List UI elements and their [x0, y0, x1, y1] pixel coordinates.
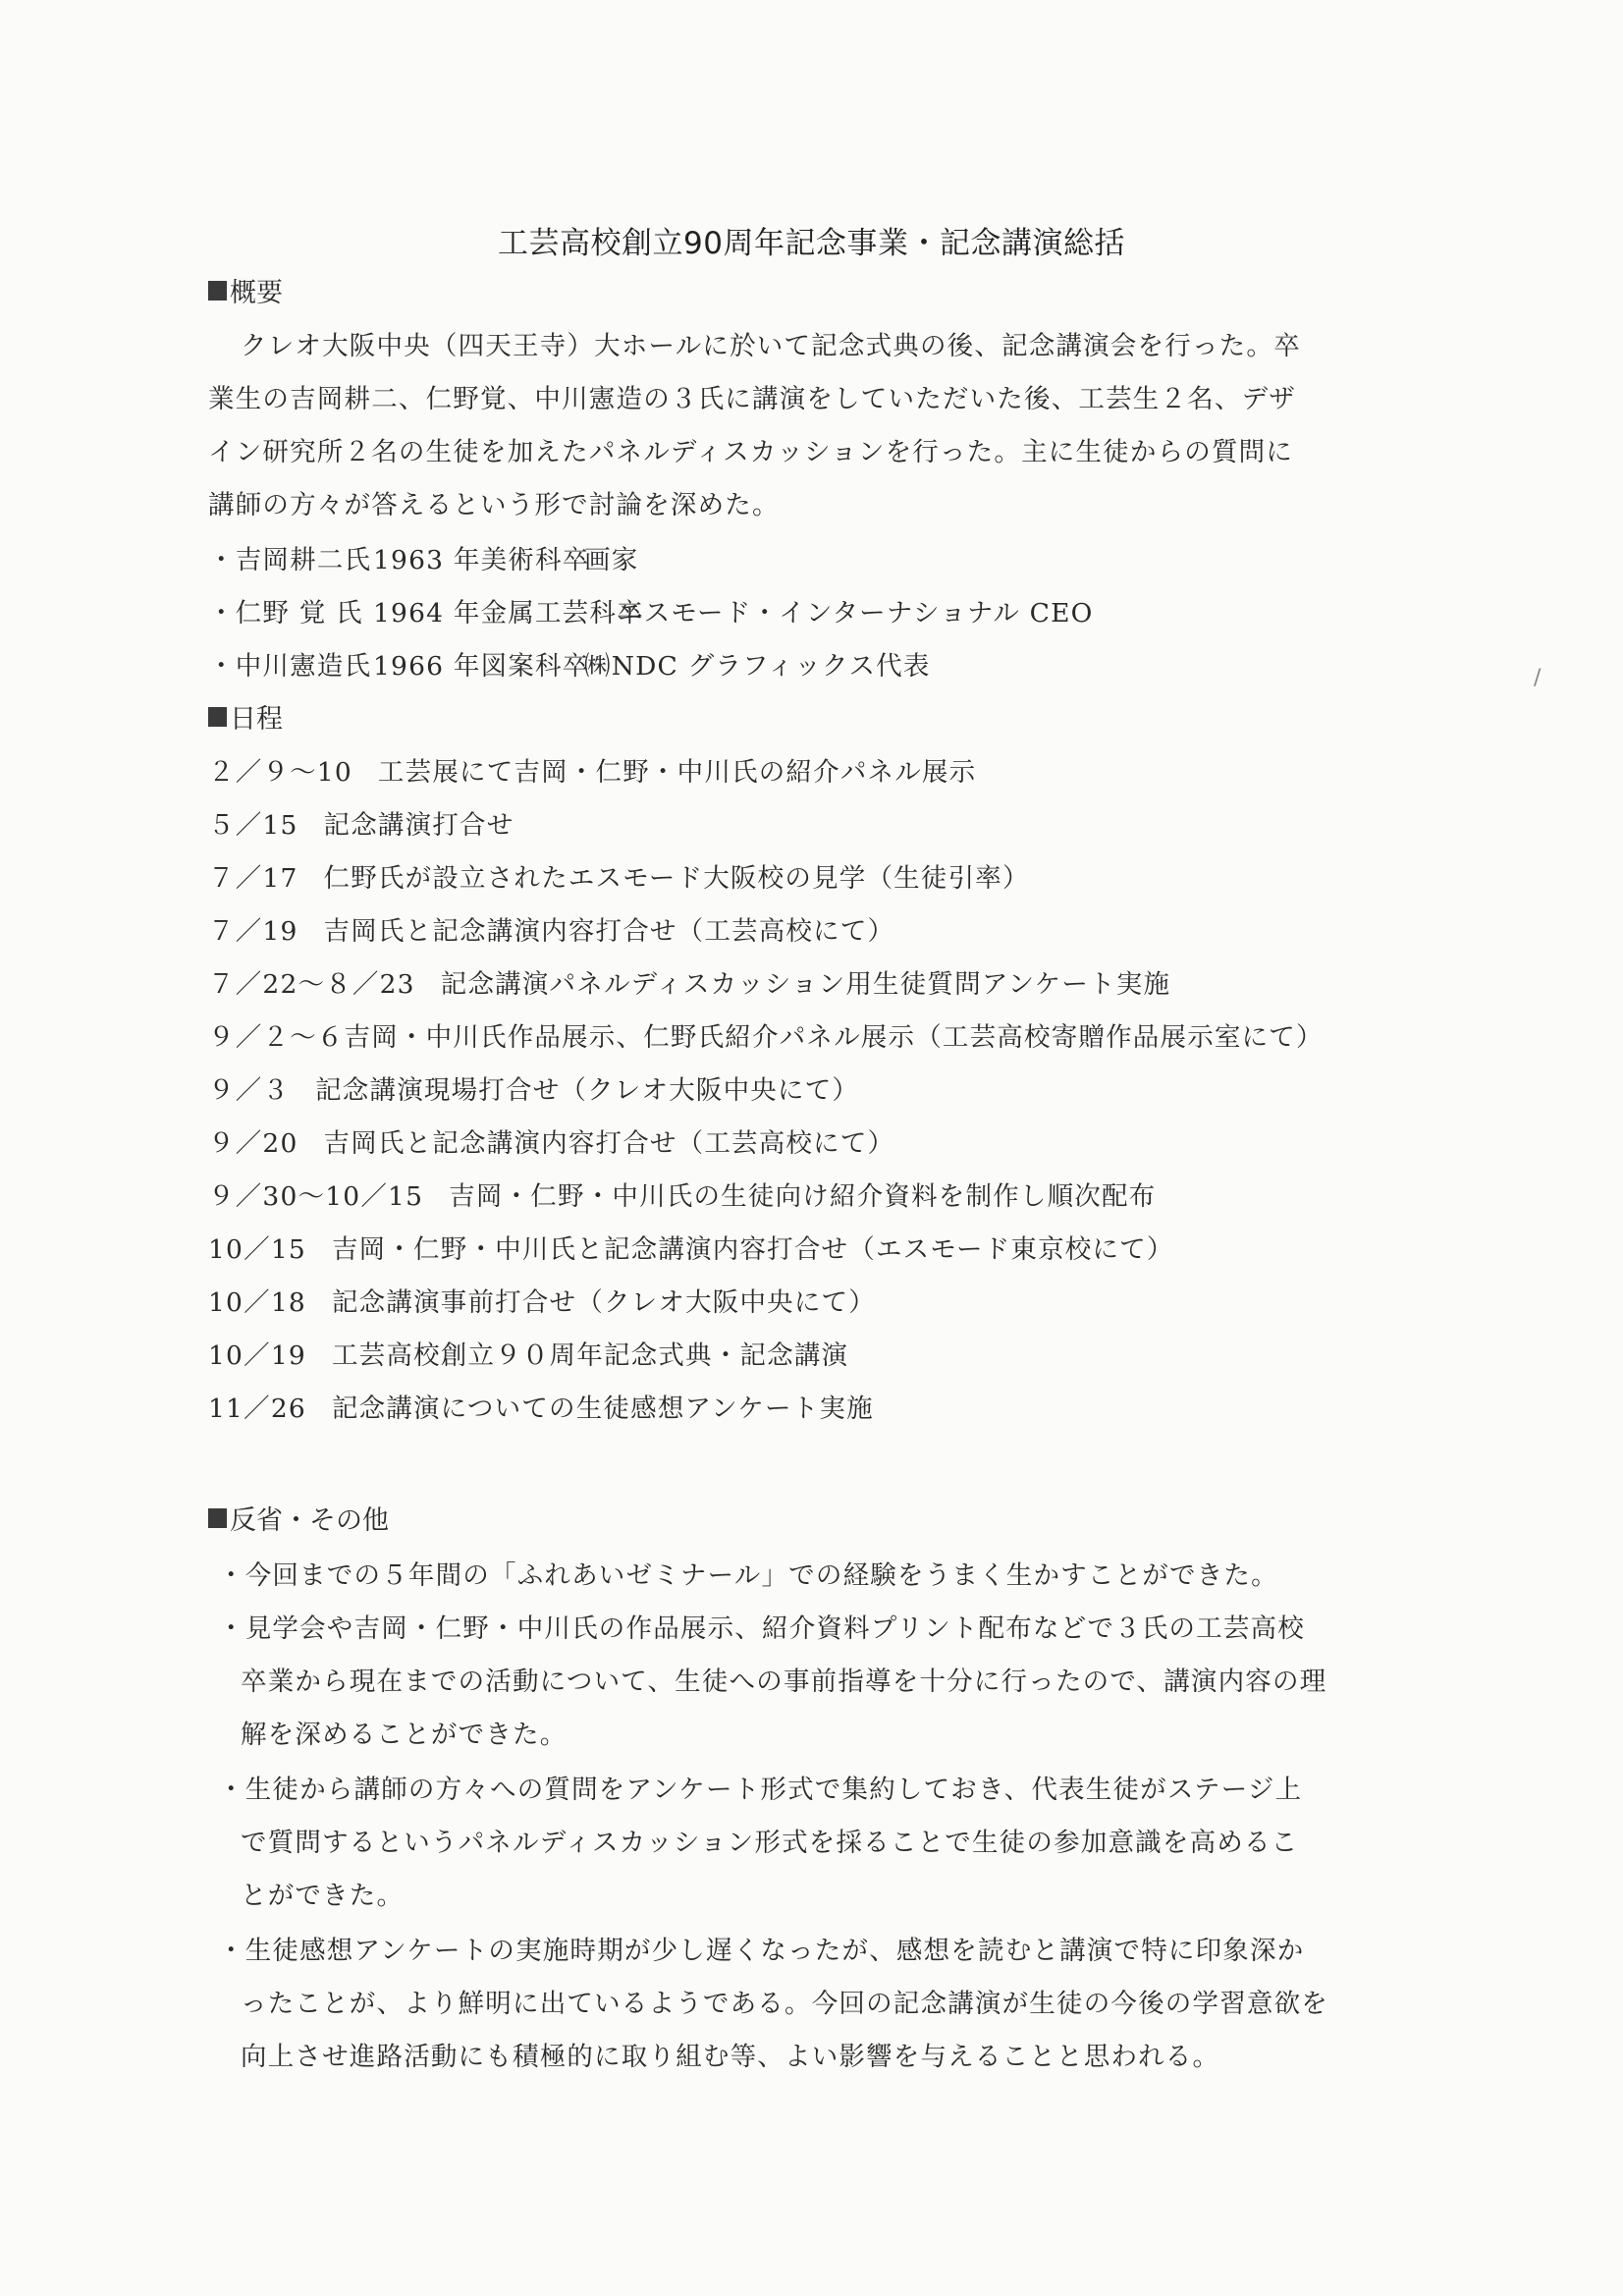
schedule-item: 10／15吉岡・仁野・中川氏と記念講演内容打合せ（エスモード東京校にて）: [208, 1228, 1174, 1266]
overview-paragraph-line: クレオ大阪中央（四天王寺）大ホールに於いて記念式典の後、記念講演会を行った。卒: [241, 324, 1301, 362]
schedule-item: 11／26記念講演についての生徒感想アンケート実施: [208, 1387, 874, 1425]
schedule-date: ９／２～６: [208, 1015, 345, 1054]
section-heading-reflection: 反省・その他: [208, 1499, 389, 1537]
speaker-graduation: 1963 年美術科卒: [373, 538, 584, 576]
overview-paragraph-line: 業生の吉岡耕二、仁野覚、中川憲造の３氏に講演をしていただいた後、工芸生２名、デザ: [208, 377, 1296, 415]
schedule-event: 吉岡・仁野・中川氏と記念講演内容打合せ（エスモード東京校にて）: [332, 1228, 1174, 1266]
black-square-icon: [208, 1508, 227, 1528]
speaker-graduation: 1964 年金属工芸科卒: [373, 591, 617, 629]
schedule-item: ７／19吉岡氏と記念講演内容打合せ（工芸高校にて）: [208, 909, 894, 948]
schedule-date: ９／20: [208, 1121, 298, 1160]
heading-label: 反省・その他: [230, 1499, 389, 1537]
speaker-item: ・仁野 覚 氏1964 年金属工芸科卒エスモード・インターナショナル CEO: [208, 591, 1094, 629]
overview-paragraph-line: イン研究所２名の生徒を加えたパネルディスカッションを行った。主に生徒からの質問に: [208, 430, 1293, 468]
schedule-event: 工芸高校創立９０周年記念式典・記念講演: [332, 1334, 848, 1372]
schedule-event: 仁野氏が設立されたエスモード大阪校の見学（生徒引率）: [324, 856, 1030, 895]
reflection-point: ・見学会や吉岡・仁野・中川氏の作品展示、紹介資料プリント配布などで３氏の工芸高校: [218, 1607, 1305, 1645]
speaker-name: ・吉岡耕二氏: [208, 538, 373, 576]
schedule-event: 吉岡氏と記念講演内容打合せ（工芸高校にて）: [324, 1121, 895, 1160]
schedule-date: ５／15: [208, 803, 298, 842]
speaker-name: ・中川憲造氏: [208, 644, 373, 683]
schedule-item: 10／18記念講演事前打合せ（クレオ大阪中央にて）: [208, 1281, 876, 1319]
schedule-date: ９／30～10／15: [208, 1175, 423, 1213]
section-heading-overview: 概要: [208, 271, 283, 309]
speaker-item: ・吉岡耕二氏1963 年美術科卒画家: [208, 538, 638, 576]
schedule-date: ７／17: [208, 856, 298, 895]
schedule-item: ２／９～10工芸展にて吉岡・仁野・中川氏の紹介パネル展示: [208, 750, 976, 789]
schedule-date: 10／18: [208, 1281, 306, 1319]
schedule-date: ２／９～10: [208, 750, 352, 789]
schedule-date: 10／15: [208, 1228, 306, 1266]
schedule-item: ９／20吉岡氏と記念講演内容打合せ（工芸高校にて）: [208, 1121, 894, 1160]
reflection-point-continuation: 向上させ進路活動にも積極的に取り組む等、よい影響を与えることと思われる。: [241, 2035, 1219, 2073]
reflection-point-continuation: 卒業から現在までの活動について、生徒への事前指導を十分に行ったので、講演内容の理: [241, 1660, 1326, 1698]
scan-artifact: /: [1534, 666, 1541, 690]
schedule-event: 記念講演事前打合せ（クレオ大阪中央にて）: [332, 1281, 876, 1319]
speaker-title: エスモード・インターナショナル CEO: [617, 591, 1094, 629]
schedule-item: ５／15記念講演打合せ: [208, 803, 514, 842]
schedule-date: ７／19: [208, 909, 298, 948]
speaker-title: 画家: [584, 538, 638, 576]
speaker-item: ・中川憲造氏1966 年図案科卒㈱NDC グラフィックス代表: [208, 644, 931, 683]
schedule-item: ９／30～10／15吉岡・仁野・中川氏の生徒向け紹介資料を制作し順次配布: [208, 1175, 1156, 1213]
reflection-point-continuation: で質問するというパネルディスカッション形式を採ることで生徒の参加意識を高めるこ: [241, 1821, 1298, 1859]
reflection-point: ・今回までの５年間の「ふれあいゼミナール」での経験をうまく生かすことができた。: [218, 1554, 1278, 1592]
schedule-event: 工芸展にて吉岡・仁野・中川氏の紹介パネル展示: [378, 750, 976, 789]
schedule-event: 記念講演についての生徒感想アンケート実施: [332, 1387, 874, 1425]
schedule-item: 10／19工芸高校創立９０周年記念式典・記念講演: [208, 1334, 848, 1372]
schedule-event: 吉岡氏と記念講演内容打合せ（工芸高校にて）: [324, 909, 895, 948]
schedule-item: ９／３記念講演現場打合せ（クレオ大阪中央にて）: [208, 1068, 859, 1107]
schedule-item: ７／17仁野氏が設立されたエスモード大阪校の見学（生徒引率）: [208, 856, 1030, 895]
black-square-icon: [208, 281, 227, 301]
schedule-event: 記念講演打合せ: [324, 803, 514, 842]
speaker-name: ・仁野 覚 氏: [208, 591, 373, 629]
section-heading-schedule: 日程: [208, 697, 283, 736]
heading-label: 日程: [230, 697, 283, 736]
document-title: 工芸高校創立90周年記念事業・記念講演総括: [0, 218, 1623, 262]
reflection-point: ・生徒感想アンケートの実施時期が少し遅くなったが、感想を読むと講演で特に印象深か: [218, 1929, 1304, 1967]
schedule-event: 記念講演パネルディスカッション用生徒質問アンケート実施: [441, 962, 1170, 1001]
schedule-item: ９／２～６吉岡・中川氏作品展示、仁野氏紹介パネル展示（工芸高校寄贈作品展示室にて…: [208, 1015, 1324, 1054]
heading-label: 概要: [230, 271, 283, 309]
schedule-date: 11／26: [208, 1387, 306, 1425]
overview-paragraph-line: 講師の方々が答えるという形で討論を深めた。: [208, 483, 780, 521]
speaker-graduation: 1966 年図案科卒: [373, 644, 584, 683]
document-page: 工芸高校創立90周年記念事業・記念講演総括 概要 クレオ大阪中央（四天王寺）大ホ…: [0, 0, 1623, 2296]
black-square-icon: [208, 707, 227, 727]
schedule-event: 吉岡・中川氏作品展示、仁野氏紹介パネル展示（工芸高校寄贈作品展示室にて）: [345, 1015, 1324, 1054]
schedule-date: 10／19: [208, 1334, 306, 1372]
speaker-title: ㈱NDC グラフィックス代表: [584, 644, 931, 683]
reflection-point: ・生徒から講師の方々への質問をアンケート形式で集約しておき、代表生徒がステージ上: [218, 1768, 1302, 1806]
schedule-date: ７／22～８／23: [208, 962, 415, 1001]
reflection-point-continuation: とができた。: [241, 1874, 404, 1912]
schedule-date: ９／３: [208, 1068, 290, 1107]
schedule-event: 記念講演現場打合せ（クレオ大阪中央にて）: [315, 1068, 859, 1107]
reflection-point-continuation: ったことが、より鮮明に出ているようである。今回の記念講演が生徒の今後の学習意欲を: [241, 1982, 1328, 2020]
reflection-point-continuation: 解を深めることができた。: [241, 1713, 567, 1751]
schedule-event: 吉岡・仁野・中川氏の生徒向け紹介資料を制作し順次配布: [449, 1175, 1156, 1213]
schedule-item: ７／22～８／23記念講演パネルディスカッション用生徒質問アンケート実施: [208, 962, 1170, 1001]
